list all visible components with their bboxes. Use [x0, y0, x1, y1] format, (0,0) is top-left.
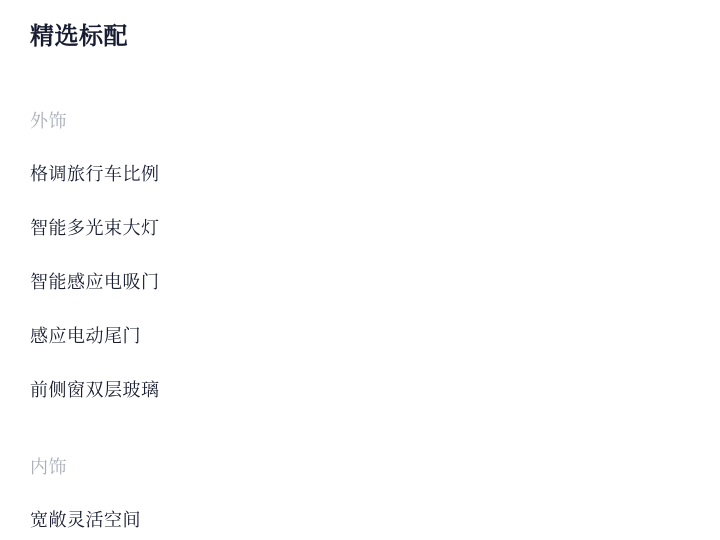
page-title: 精选标配 — [30, 22, 690, 52]
section-exterior: 外饰 格调旅行车比例 智能多光束大灯 智能感应电吸门 感应电动尾门 前侧窗双层玻… — [30, 108, 690, 403]
section-label-exterior: 外饰 — [30, 108, 690, 134]
feature-item: 格调旅行车比例 — [30, 161, 690, 187]
feature-list-interior: 宽敞灵活空间 — [30, 507, 690, 533]
feature-item: 宽敞灵活空间 — [30, 507, 690, 533]
section-label-interior: 内饰 — [30, 454, 690, 480]
feature-list-exterior: 格调旅行车比例 智能多光束大灯 智能感应电吸门 感应电动尾门 前侧窗双层玻璃 — [30, 161, 690, 403]
section-interior: 内饰 宽敞灵活空间 — [30, 454, 690, 533]
feature-item: 感应电动尾门 — [30, 323, 690, 349]
feature-item: 智能多光束大灯 — [30, 215, 690, 241]
featured-standard-config-page: 精选标配 外饰 格调旅行车比例 智能多光束大灯 智能感应电吸门 感应电动尾门 前… — [0, 0, 720, 540]
feature-item: 智能感应电吸门 — [30, 269, 690, 295]
feature-item: 前侧窗双层玻璃 — [30, 377, 690, 403]
